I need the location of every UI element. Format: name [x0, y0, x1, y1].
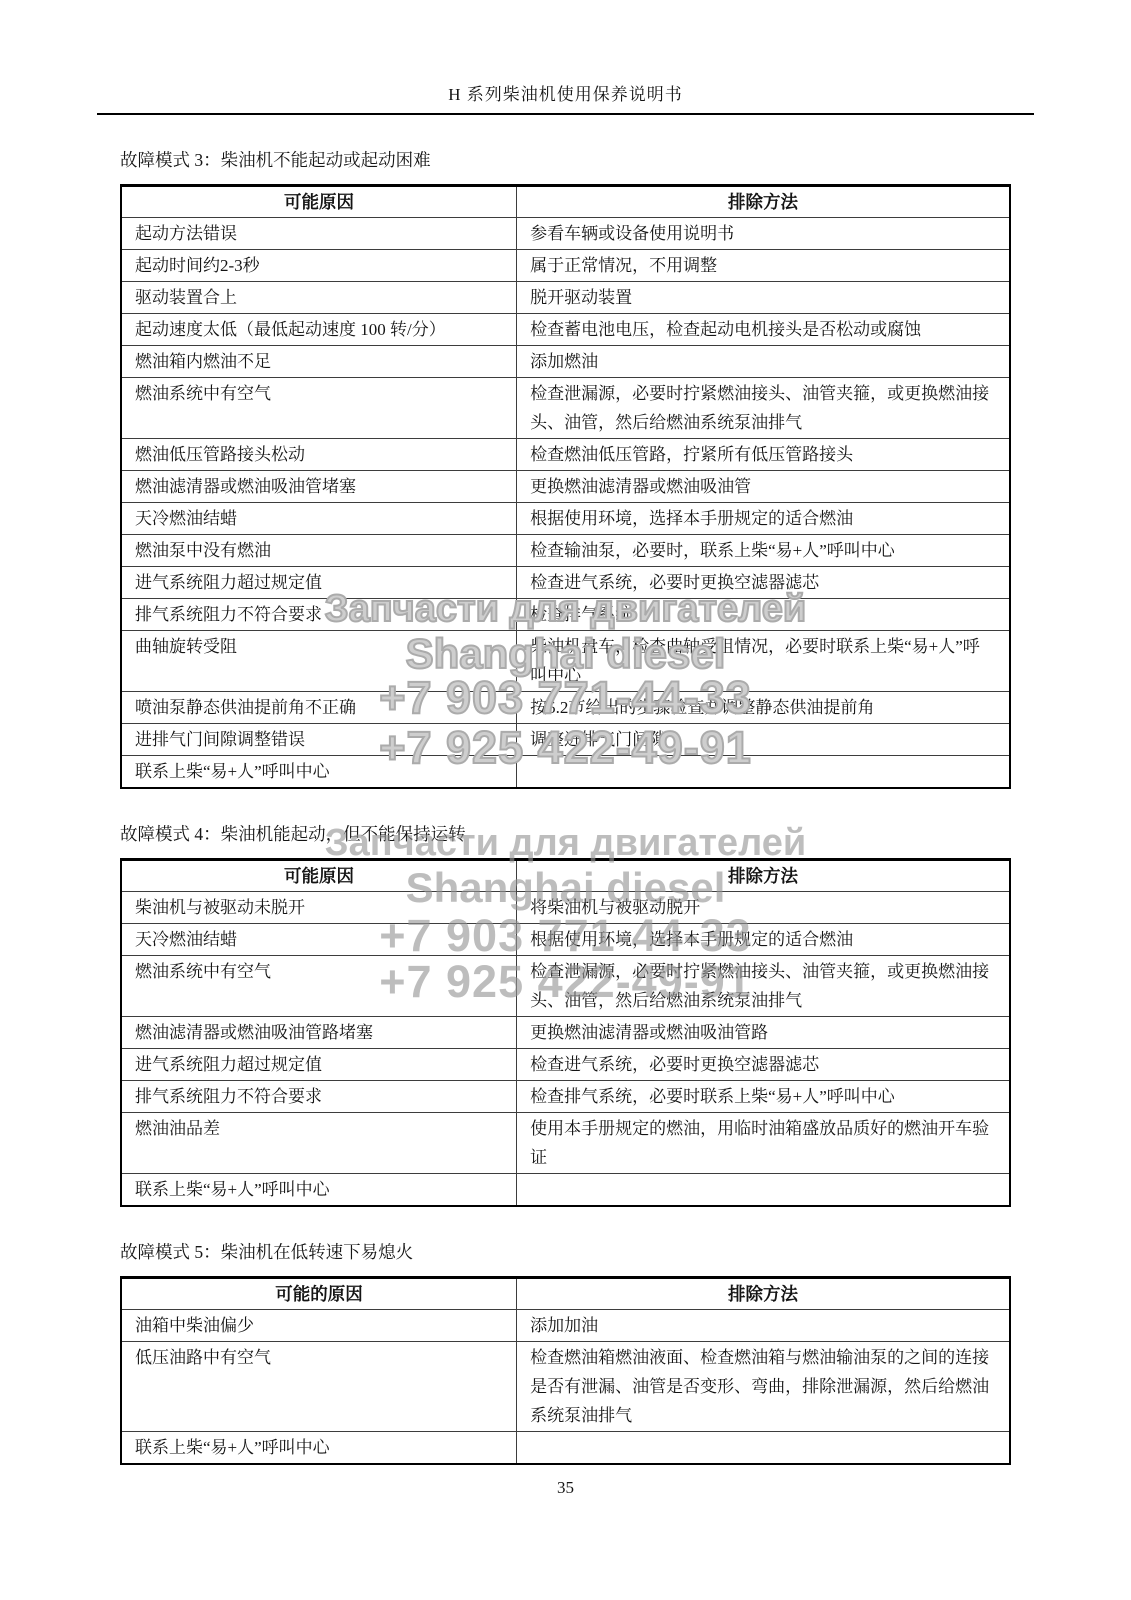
table-row: 联系上柴“易+人”呼叫中心 — [121, 1432, 1010, 1465]
troubleshooting-table: 可能原因 排除方法 柴油机与被驱动未脱开将柴油机与被驱动脱开天冷燃油结蜡根据使用… — [120, 858, 1011, 1207]
cell-cause: 燃油滤清器或燃油吸油管路堵塞 — [121, 1017, 517, 1049]
cell-remedy: 根据使用环境，选择本手册规定的适合燃油 — [517, 924, 1010, 956]
cell-remedy: 属于正常情况，不用调整 — [517, 250, 1010, 282]
cell-remedy: 按5.2节给出的步骤检查并调整静态供油提前角 — [517, 692, 1010, 724]
cell-cause: 进气系统阻力超过规定值 — [121, 1049, 517, 1081]
page-number: 35 — [0, 1478, 1131, 1498]
cell-remedy: 检查输油泵，必要时，联系上柴“易+人”呼叫中心 — [517, 535, 1010, 567]
table-row: 起动速度太低（最低起动速度 100 转/分）检查蓄电池电压，检查起动电机接头是否… — [121, 314, 1010, 346]
table-row: 燃油滤清器或燃油吸油管堵塞更换燃油滤清器或燃油吸油管 — [121, 471, 1010, 503]
cell-remedy — [517, 1174, 1010, 1207]
table-row: 燃油油品差使用本手册规定的燃油，用临时油箱盛放品质好的燃油开车验证 — [121, 1113, 1010, 1174]
column-header-cause: 可能原因 — [121, 860, 517, 892]
document-header: H 系列柴油机使用保养说明书 — [97, 0, 1034, 115]
table-header-row: 可能的原因 排除方法 — [121, 1278, 1010, 1310]
fault-section-3: 故障模式 3：柴油机不能起动或起动困难 可能原因 排除方法 起动方法错误参看车辆… — [120, 147, 1011, 789]
cell-cause: 起动方法错误 — [121, 218, 517, 250]
fault-section-5: 故障模式 5：柴油机在低转速下易熄火 可能的原因 排除方法 油箱中柴油偏少添加加… — [120, 1239, 1011, 1465]
cell-remedy: 添加加油 — [517, 1310, 1010, 1342]
cell-remedy: 检查蓄电池电压，检查起动电机接头是否松动或腐蚀 — [517, 314, 1010, 346]
table-row: 燃油低压管路接头松动检查燃油低压管路，拧紧所有低压管路接头 — [121, 439, 1010, 471]
cell-cause: 进气系统阻力超过规定值 — [121, 567, 517, 599]
table-row: 进气系统阻力超过规定值检查进气系统，必要时更换空滤器滤芯 — [121, 1049, 1010, 1081]
cell-cause: 燃油油品差 — [121, 1113, 517, 1174]
table-row: 联系上柴“易+人”呼叫中心 — [121, 1174, 1010, 1207]
table-row: 燃油系统中有空气检查泄漏源，必要时拧紧燃油接头、油管夹箍，或更换燃油接头、油管，… — [121, 378, 1010, 439]
table-row: 油箱中柴油偏少添加加油 — [121, 1310, 1010, 1342]
page-content: 故障模式 3：柴油机不能起动或起动困难 可能原因 排除方法 起动方法错误参看车辆… — [120, 147, 1011, 1465]
cell-remedy: 柴油机盘车，检查曲轴受阻情况，必要时联系上柴“易+人”呼叫中心 — [517, 631, 1010, 692]
cell-remedy: 检查排气系统 — [517, 599, 1010, 631]
table-row: 驱动装置合上脱开驱动装置 — [121, 282, 1010, 314]
cell-cause: 燃油系统中有空气 — [121, 378, 517, 439]
cell-cause: 曲轴旋转受阻 — [121, 631, 517, 692]
cell-remedy: 根据使用环境，选择本手册规定的适合燃油 — [517, 503, 1010, 535]
cell-remedy: 使用本手册规定的燃油，用临时油箱盛放品质好的燃油开车验证 — [517, 1113, 1010, 1174]
table-row: 起动时间约2-3秒属于正常情况，不用调整 — [121, 250, 1010, 282]
table-header-row: 可能原因 排除方法 — [121, 186, 1010, 218]
cell-cause: 燃油低压管路接头松动 — [121, 439, 517, 471]
table-row: 曲轴旋转受阻柴油机盘车，检查曲轴受阻情况，必要时联系上柴“易+人”呼叫中心 — [121, 631, 1010, 692]
troubleshooting-table: 可能的原因 排除方法 油箱中柴油偏少添加加油低压油路中有空气检查燃油箱燃油液面、… — [120, 1276, 1011, 1465]
cell-cause: 联系上柴“易+人”呼叫中心 — [121, 756, 517, 789]
cell-cause: 起动时间约2-3秒 — [121, 250, 517, 282]
cell-cause: 联系上柴“易+人”呼叫中心 — [121, 1432, 517, 1465]
table-row: 低压油路中有空气检查燃油箱燃油液面、检查燃油箱与燃油输油泵的之间的连接是否有泄漏… — [121, 1342, 1010, 1432]
table-row: 喷油泵静态供油提前角不正确按5.2节给出的步骤检查并调整静态供油提前角 — [121, 692, 1010, 724]
cell-cause: 燃油系统中有空气 — [121, 956, 517, 1017]
table-row: 燃油系统中有空气检查泄漏源，必要时拧紧燃油接头、油管夹箍，或更换燃油接头、油管，… — [121, 956, 1010, 1017]
cell-cause: 喷油泵静态供油提前角不正确 — [121, 692, 517, 724]
table-row: 燃油箱内燃油不足添加燃油 — [121, 346, 1010, 378]
table-row: 进排气门间隙调整错误调整进排气门间隙 — [121, 724, 1010, 756]
cell-cause: 低压油路中有空气 — [121, 1342, 517, 1432]
cell-remedy: 检查泄漏源，必要时拧紧燃油接头、油管夹箍，或更换燃油接头、油管，然后给燃油系统泵… — [517, 956, 1010, 1017]
column-header-cause: 可能的原因 — [121, 1278, 517, 1310]
cell-remedy: 检查进气系统，必要时更换空滤器滤芯 — [517, 1049, 1010, 1081]
table-row: 天冷燃油结蜡根据使用环境，选择本手册规定的适合燃油 — [121, 503, 1010, 535]
section-title: 故障模式 3：柴油机不能起动或起动困难 — [120, 147, 1011, 172]
fault-section-4: 故障模式 4：柴油机能起动，但不能保持运转 可能原因 排除方法 柴油机与被驱动未… — [120, 821, 1011, 1207]
table-row: 排气系统阻力不符合要求检查排气系统 — [121, 599, 1010, 631]
cell-remedy: 检查排气系统，必要时联系上柴“易+人”呼叫中心 — [517, 1081, 1010, 1113]
cell-remedy: 调整进排气门间隙 — [517, 724, 1010, 756]
cell-remedy — [517, 1432, 1010, 1465]
cell-cause: 天冷燃油结蜡 — [121, 503, 517, 535]
table-row: 起动方法错误参看车辆或设备使用说明书 — [121, 218, 1010, 250]
table-row: 燃油泵中没有燃油检查输油泵，必要时，联系上柴“易+人”呼叫中心 — [121, 535, 1010, 567]
table-row: 进气系统阻力超过规定值检查进气系统，必要时更换空滤器滤芯 — [121, 567, 1010, 599]
cell-remedy: 参看车辆或设备使用说明书 — [517, 218, 1010, 250]
table-row: 天冷燃油结蜡根据使用环境，选择本手册规定的适合燃油 — [121, 924, 1010, 956]
table-row: 燃油滤清器或燃油吸油管路堵塞更换燃油滤清器或燃油吸油管路 — [121, 1017, 1010, 1049]
cell-cause: 进排气门间隙调整错误 — [121, 724, 517, 756]
document-title: H 系列柴油机使用保养说明书 — [448, 85, 683, 104]
troubleshooting-table: 可能原因 排除方法 起动方法错误参看车辆或设备使用说明书起动时间约2-3秒属于正… — [120, 184, 1011, 789]
table-row: 排气系统阻力不符合要求检查排气系统，必要时联系上柴“易+人”呼叫中心 — [121, 1081, 1010, 1113]
table-row: 联系上柴“易+人”呼叫中心 — [121, 756, 1010, 789]
cell-remedy: 检查进气系统，必要时更换空滤器滤芯 — [517, 567, 1010, 599]
cell-remedy: 添加燃油 — [517, 346, 1010, 378]
column-header-remedy: 排除方法 — [517, 860, 1010, 892]
manual-page: H 系列柴油机使用保养说明书 故障模式 3：柴油机不能起动或起动困难 可能原因 … — [0, 0, 1131, 1600]
cell-cause: 驱动装置合上 — [121, 282, 517, 314]
cell-remedy: 脱开驱动装置 — [517, 282, 1010, 314]
cell-remedy: 检查燃油箱燃油液面、检查燃油箱与燃油输油泵的之间的连接是否有泄漏、油管是否变形、… — [517, 1342, 1010, 1432]
cell-cause: 排气系统阻力不符合要求 — [121, 599, 517, 631]
cell-cause: 燃油滤清器或燃油吸油管堵塞 — [121, 471, 517, 503]
cell-cause: 起动速度太低（最低起动速度 100 转/分） — [121, 314, 517, 346]
cell-remedy: 更换燃油滤清器或燃油吸油管 — [517, 471, 1010, 503]
cell-cause: 天冷燃油结蜡 — [121, 924, 517, 956]
cell-cause: 柴油机与被驱动未脱开 — [121, 892, 517, 924]
cell-remedy — [517, 756, 1010, 789]
column-header-remedy: 排除方法 — [517, 186, 1010, 218]
cell-cause: 燃油泵中没有燃油 — [121, 535, 517, 567]
cell-cause: 油箱中柴油偏少 — [121, 1310, 517, 1342]
column-header-remedy: 排除方法 — [517, 1278, 1010, 1310]
cell-remedy: 检查燃油低压管路，拧紧所有低压管路接头 — [517, 439, 1010, 471]
cell-cause: 燃油箱内燃油不足 — [121, 346, 517, 378]
cell-cause: 排气系统阻力不符合要求 — [121, 1081, 517, 1113]
column-header-cause: 可能原因 — [121, 186, 517, 218]
cell-remedy: 检查泄漏源，必要时拧紧燃油接头、油管夹箍，或更换燃油接头、油管，然后给燃油系统泵… — [517, 378, 1010, 439]
cell-remedy: 更换燃油滤清器或燃油吸油管路 — [517, 1017, 1010, 1049]
cell-cause: 联系上柴“易+人”呼叫中心 — [121, 1174, 517, 1207]
table-row: 柴油机与被驱动未脱开将柴油机与被驱动脱开 — [121, 892, 1010, 924]
cell-remedy: 将柴油机与被驱动脱开 — [517, 892, 1010, 924]
section-title: 故障模式 5：柴油机在低转速下易熄火 — [120, 1239, 1011, 1264]
section-title: 故障模式 4：柴油机能起动，但不能保持运转 — [120, 821, 1011, 846]
table-header-row: 可能原因 排除方法 — [121, 860, 1010, 892]
